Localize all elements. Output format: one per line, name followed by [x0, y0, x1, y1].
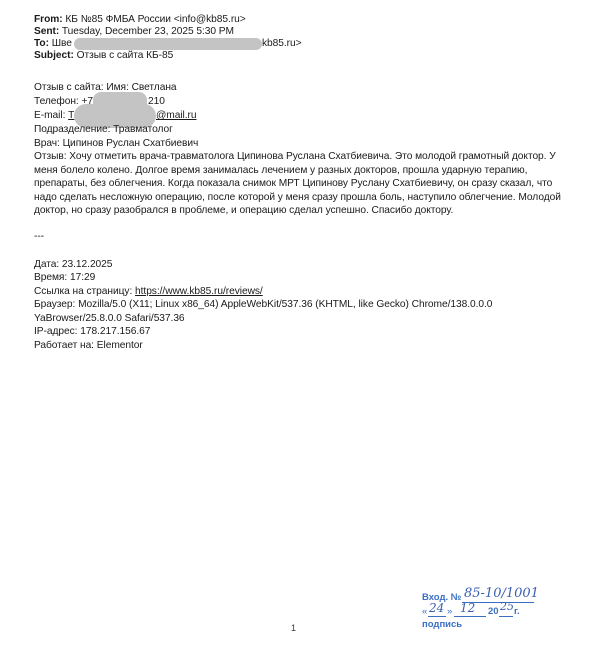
page-link-url[interactable]: https://www.kb85.ru/reviews/	[135, 286, 263, 297]
time-line: Время: 17:29	[34, 272, 95, 284]
to-label: To:	[34, 38, 49, 49]
email-suffix-link[interactable]: @mail.ru	[156, 110, 197, 122]
signature-label: подпись	[422, 619, 462, 630]
stamp-day: 24	[429, 601, 444, 615]
open-quote: «	[422, 606, 427, 617]
browser-line-1: Браузер: Mozilla/5.0 (X11; Linux x86_64)…	[34, 299, 492, 311]
sent-line: Sent: Tuesday, December 23, 2025 5:30 PM	[34, 26, 234, 38]
from-line: From: КБ №85 ФМБА России <info@kb85.ru>	[34, 14, 246, 26]
review-text: Отзыв: Хочу отметить врача-травматолога …	[34, 150, 574, 218]
separator: ---	[34, 231, 44, 243]
year-mark: г.	[514, 606, 520, 617]
page-number: 1	[291, 623, 296, 633]
browser-line-2: YaBrowser/25.8.0.0 Safari/537.36	[34, 313, 185, 325]
scanned-document: From: КБ №85 ФМБА России <info@kb85.ru> …	[0, 0, 591, 667]
close-quote: »	[447, 606, 452, 617]
incoming-registration-stamp: Вход. № 85-10/1001 « 24 » 12 20 25 г. по…	[420, 590, 540, 635]
to-line: To: Шве	[34, 38, 72, 50]
subject-value: Отзыв с сайта КБ-85	[74, 50, 173, 61]
powered-by-line: Работает на: Elementor	[34, 340, 143, 352]
page-link-line: Ссылка на страницу: https://www.kb85.ru/…	[34, 286, 263, 298]
email-label: E-mail:	[34, 110, 68, 121]
subject-label: Subject:	[34, 50, 74, 61]
year-underline	[499, 616, 513, 617]
from-label: From:	[34, 14, 63, 25]
subject-line: Subject: Отзыв с сайта КБ-85	[34, 50, 173, 62]
day-underline	[428, 616, 446, 617]
sent-label: Sent:	[34, 26, 59, 37]
page-link-label: Ссылка на страницу:	[34, 286, 135, 297]
ip-line: IP-адрес: 178.217.156.67	[34, 326, 150, 338]
incoming-number: 85-10/1001	[464, 586, 539, 601]
redaction-to	[74, 38, 262, 50]
email-line: E-mail: Т	[34, 110, 74, 122]
department-line: Подразделение: Травматолог	[34, 124, 173, 136]
stamp-month: 12	[460, 601, 475, 615]
to-prefix: Шве	[49, 38, 72, 49]
stamp-year: 25	[500, 600, 514, 613]
year-prefix: 20	[488, 606, 499, 617]
month-underline	[454, 616, 486, 617]
from-value: КБ №85 ФМБА России <info@kb85.ru>	[63, 14, 246, 25]
to-suffix: kb85.ru>	[262, 38, 302, 50]
date-line: Дата: 23.12.2025	[34, 259, 112, 271]
doctor-line: Врач: Ципинов Руслан Схатбиевич	[34, 138, 198, 150]
sent-value: Tuesday, December 23, 2025 5:30 PM	[59, 26, 234, 37]
